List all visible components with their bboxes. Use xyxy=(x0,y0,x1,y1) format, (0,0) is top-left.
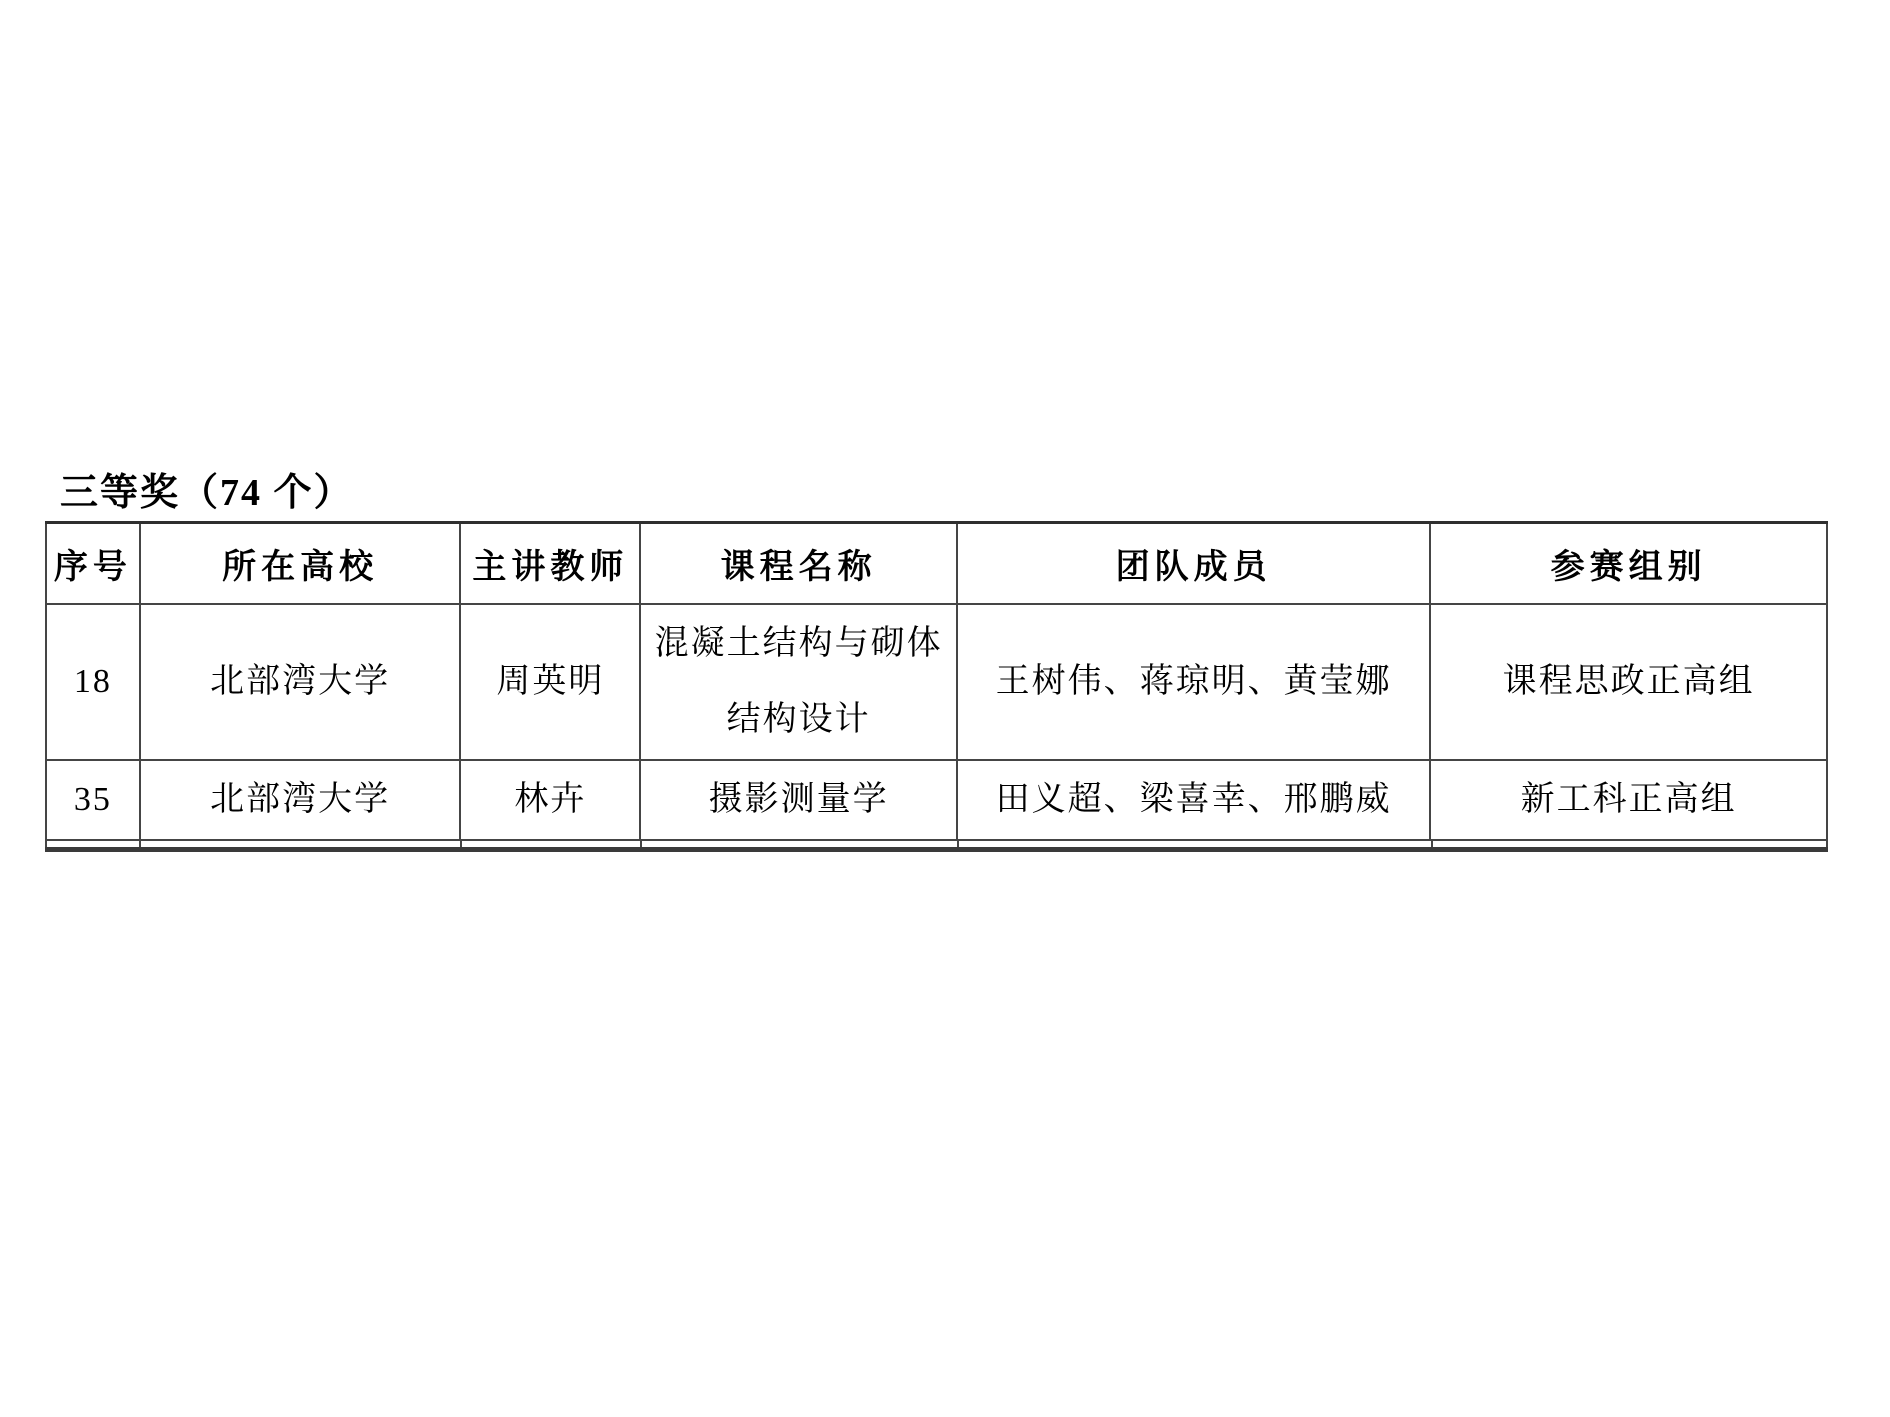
column-border-stub xyxy=(460,841,462,847)
cell-index: 18 xyxy=(46,604,140,760)
cell-course: 混凝土结构与砌体结构设计 xyxy=(640,604,957,760)
column-header-team: 团队成员 xyxy=(957,523,1430,604)
column-border-stub xyxy=(640,841,642,847)
column-border-stub xyxy=(45,841,47,847)
section-title: 三等奖（74 个） xyxy=(60,461,354,516)
column-border-stub xyxy=(957,841,959,847)
column-header-group: 参赛组别 xyxy=(1430,523,1827,604)
document-page: 三等奖（74 个） 序号 所在高校 主讲教师 课程名称 团队成员 参赛组别 xyxy=(0,0,1890,1417)
cell-team: 王树伟、蒋琼明、黄莹娜 xyxy=(957,604,1430,760)
awards-table-container: 序号 所在高校 主讲教师 课程名称 团队成员 参赛组别 18 北部湾大学 周英明… xyxy=(45,521,1828,852)
column-border-stub xyxy=(139,841,141,847)
table-row: 18 北部湾大学 周英明 混凝土结构与砌体结构设计 王树伟、蒋琼明、黄莹娜 课程… xyxy=(46,604,1827,760)
header-row: 序号 所在高校 主讲教师 课程名称 团队成员 参赛组别 xyxy=(46,523,1827,604)
column-border-stub xyxy=(1826,841,1828,847)
clipped-row-stubs xyxy=(45,841,1828,847)
cell-university: 北部湾大学 xyxy=(140,604,461,760)
cell-index: 35 xyxy=(46,760,140,840)
cell-team: 田义超、梁喜幸、邢鹏威 xyxy=(957,760,1430,840)
cell-group: 课程思政正高组 xyxy=(1430,604,1827,760)
column-border-stub xyxy=(1431,841,1433,847)
cell-university: 北部湾大学 xyxy=(140,760,461,840)
cell-teacher: 林卉 xyxy=(460,760,640,840)
awards-table: 序号 所在高校 主讲教师 课程名称 团队成员 参赛组别 18 北部湾大学 周英明… xyxy=(45,521,1828,841)
column-header-teacher: 主讲教师 xyxy=(460,523,640,604)
table-row: 35 北部湾大学 林卉 摄影测量学 田义超、梁喜幸、邢鹏威 新工科正高组 xyxy=(46,760,1827,840)
cell-teacher: 周英明 xyxy=(460,604,640,760)
page-cut-line xyxy=(45,847,1828,852)
column-header-course: 课程名称 xyxy=(640,523,957,604)
cell-course: 摄影测量学 xyxy=(640,760,957,840)
column-header-index: 序号 xyxy=(46,523,140,604)
cell-group: 新工科正高组 xyxy=(1430,760,1827,840)
column-header-university: 所在高校 xyxy=(140,523,461,604)
